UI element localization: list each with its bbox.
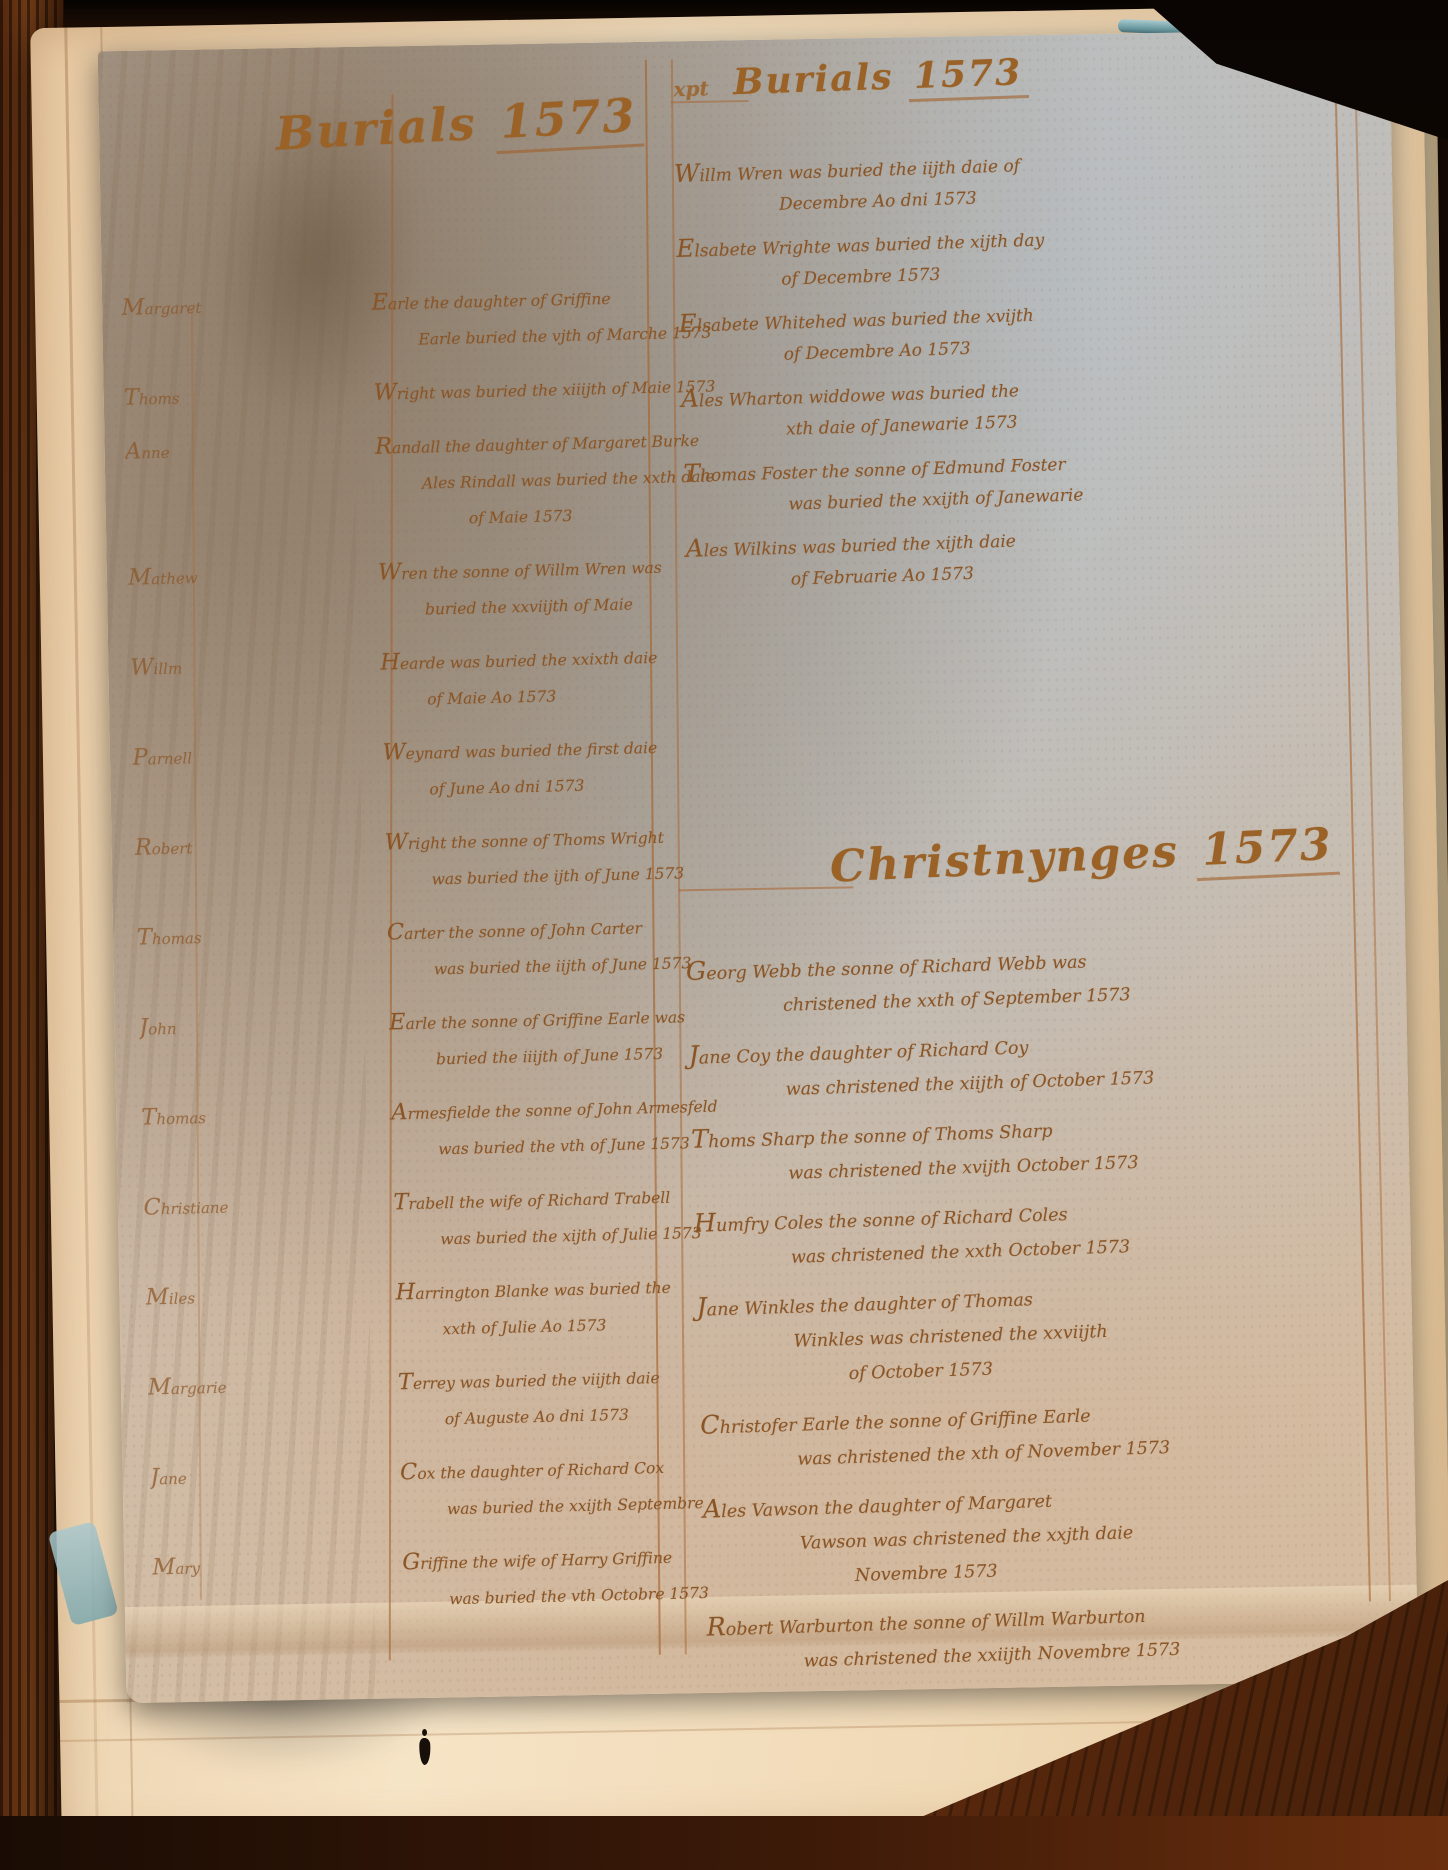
- burial-entry: Christiane Trabell the wife of Richard T…: [143, 1178, 665, 1265]
- christening-entry: Jane Winkles the daughter of Thomas Wink…: [696, 1269, 1371, 1396]
- entry-body: Harrington Blanke was buried the xxth of…: [395, 1268, 667, 1349]
- burial-entry: Thomas Foster the sonne of Edmund Foster…: [683, 437, 1357, 524]
- entry-line: Wright was buried the xiiijth of Maie 15…: [373, 368, 644, 413]
- burial-entry: John Earle the sonne of Griffine Earle w…: [139, 998, 661, 1085]
- entry-line: Hearde was buried the xxixth daie: [380, 638, 651, 683]
- entry-body: Hearde was buried the xxixth daie of Mai…: [380, 638, 652, 719]
- entry-line: of Auguste Ao dni 1573: [444, 1396, 669, 1437]
- entry-line: Terrey was buried the viijth daie: [397, 1358, 668, 1403]
- burial-entry: Thomas Carter the sonne of John Carter w…: [137, 908, 659, 995]
- burial-entry: Willm Hearde was buried the xxixth daie …: [130, 638, 652, 725]
- christenings-column: Georg Webb the sonne of Richard Webb was…: [685, 933, 1380, 1694]
- burial-entry: Margarie Terrey was buried the viijth da…: [148, 1358, 670, 1445]
- entry-line: buried the iiijth of June 1573: [436, 1036, 661, 1077]
- entry-body: Jane Winkles the daughter of Thomas Wink…: [696, 1269, 1371, 1396]
- entry-body: Armesfielde the sonne of John Armesfeld …: [391, 1088, 663, 1169]
- entry-body: Ales Wilkins was buried the xijth daie o…: [685, 512, 1359, 599]
- margin-name: Thoms: [123, 379, 359, 411]
- margin-name: Margarie: [148, 1369, 384, 1401]
- entry-body: Thoms Sharp the sonne of Thoms Sharp was…: [691, 1101, 1365, 1194]
- margin-name: John: [139, 1009, 375, 1041]
- margin-name: Parnell: [132, 739, 368, 771]
- entry-line: of Maie 1573: [468, 496, 647, 536]
- manuscript-photo-scene: Burials 1573 xpt Burials 1573 Christnyng…: [0, 0, 1448, 1870]
- margin-name: Christiane: [143, 1189, 379, 1221]
- burial-entry: Ales Wilkins was buried the xijth daie o…: [685, 512, 1359, 599]
- burials-heading-left-year: 1573: [493, 88, 644, 155]
- entry-line: Wright the sonne of Thoms Wright: [384, 818, 655, 863]
- burials-heading-right-prefix: xpt: [673, 76, 709, 101]
- entry-line: Cox the daughter of Richard Cox: [400, 1448, 671, 1493]
- entry-line: Randall the daughter of Margaret Burke: [375, 422, 646, 467]
- entry-body: Terrey was buried the viijth daie of Aug…: [397, 1358, 669, 1439]
- margin-name: Margaret: [121, 289, 357, 321]
- register-page-1573: Burials 1573 xpt Burials 1573 Christnyng…: [98, 29, 1419, 1703]
- burial-entry: Thoms Wright was buried the xiiijth of M…: [123, 368, 644, 419]
- entry-line: Griffine the wife of Harry Griffine: [402, 1538, 673, 1583]
- burial-entry: Miles Harrington Blanke was buried the x…: [145, 1268, 667, 1355]
- entry-line: Earle the sonne of Griffine Earle was: [389, 998, 660, 1043]
- christening-entry: Jane Coy the daughter of Richard Coy was…: [688, 1017, 1362, 1110]
- margin-name: Mary: [152, 1549, 388, 1581]
- entry-line: Armesfielde the sonne of John Armesfeld: [391, 1088, 662, 1133]
- entry-body: Ales Vawson the daughter of Margaret Vaw…: [702, 1471, 1377, 1598]
- entry-line: Wren the sonne of Willm Wren was: [378, 548, 649, 593]
- entry-body: Earle the daughter of Griffine Earle bur…: [371, 278, 643, 359]
- entry-line: Trabell the wife of Richard Trabell: [393, 1178, 664, 1223]
- entry-body: Griffine the wife of Harry Griffine was …: [402, 1538, 674, 1619]
- burial-entry: Mary Griffine the wife of Harry Griffine…: [152, 1538, 674, 1625]
- burial-entry: Elsabete Whitehed was buried the xvijth …: [678, 287, 1352, 374]
- entry-line: was buried the iijth of June 1573: [433, 946, 658, 987]
- entry-line: Earle the daughter of Griffine: [371, 278, 642, 323]
- entry-body: Elsabete Wrighte was buried the xijth da…: [676, 212, 1350, 299]
- entry-body: Ales Wharton widdowe was buried the xth …: [681, 362, 1355, 449]
- table-wood-bottom: [0, 1816, 1448, 1870]
- entry-body: Christofer Earle the sonne of Griffine E…: [700, 1387, 1374, 1480]
- entry-line: of June Ao dni 1573: [429, 766, 654, 807]
- burials-left-column: Margaret Earle the daughter of Griffine …: [121, 278, 674, 1640]
- christening-entry: Ales Vawson the daughter of Margaret Vaw…: [702, 1471, 1377, 1598]
- margin-name: Jane: [150, 1459, 386, 1491]
- margin-name: Thomas: [141, 1099, 377, 1131]
- entry-body: Weynard was buried the first daie of Jun…: [382, 728, 654, 809]
- entry-line: Harrington Blanke was buried the: [395, 1268, 666, 1313]
- burials-heading-right-label: Burials: [732, 56, 894, 104]
- entry-line: xxth of Julie Ao 1573: [442, 1306, 667, 1347]
- margin-name: Miles: [145, 1279, 381, 1311]
- burial-entry: Margaret Earle the daughter of Griffine …: [121, 278, 643, 365]
- christening-entry: Humfry Coles the sonne of Richard Coles …: [693, 1185, 1367, 1278]
- entry-line: Earle buried the vjth of Marche 1573: [418, 316, 643, 357]
- entry-body: Wren the sonne of Willm Wren was buried …: [378, 548, 650, 629]
- entry-line: Ales Rindall was buried the xxth daie: [422, 460, 647, 501]
- entry-body: Jane Coy the daughter of Richard Coy was…: [688, 1017, 1362, 1110]
- entry-body: Randall the daughter of Margaret Burke A…: [375, 422, 648, 539]
- burial-entry: Elsabete Wrighte was buried the xijth da…: [676, 212, 1350, 299]
- margin-name: Willm: [130, 649, 366, 681]
- entry-line: was buried the vth Octobre 1573: [449, 1576, 674, 1617]
- burial-entry: Parnell Weynard was buried the first dai…: [132, 728, 654, 815]
- entry-body: Cox the daughter of Richard Cox was buri…: [400, 1448, 672, 1529]
- burials-heading-left-label: Burials: [274, 96, 478, 160]
- christening-entry: Thoms Sharp the sonne of Thoms Sharp was…: [691, 1101, 1365, 1194]
- burial-entry: Ales Wharton widdowe was buried the xth …: [681, 362, 1355, 449]
- margin-name: Anne: [125, 433, 361, 465]
- burial-entry: Mathew Wren the sonne of Willm Wren was …: [128, 548, 650, 635]
- entry-line: was buried the xijth of Julie 1573: [440, 1216, 665, 1257]
- burial-entry: Jane Cox the daughter of Richard Cox was…: [150, 1448, 672, 1535]
- christening-entry: Christofer Earle the sonne of Griffine E…: [700, 1387, 1374, 1480]
- entry-line: buried the xxviijth of Maie: [425, 586, 650, 627]
- entry-body: Thomas Foster the sonne of Edmund Foster…: [683, 437, 1357, 524]
- burials-right-column: Willm Wren was buried the iijth daie of …: [674, 137, 1360, 608]
- entry-line: was buried the ijth of June 1573: [431, 856, 656, 897]
- entry-body: Carter the sonne of John Carter was buri…: [386, 908, 658, 989]
- entry-body: Trabell the wife of Richard Trabell was …: [393, 1178, 665, 1259]
- entry-line: of Maie Ao 1573: [427, 676, 652, 717]
- christenings-heading-year: 1573: [1195, 819, 1340, 881]
- entry-line: was buried the xxijth Septembre: [447, 1486, 672, 1527]
- entry-line: Weynard was buried the first daie: [382, 728, 653, 773]
- entry-body: Earle the sonne of Griffine Earle was bu…: [389, 998, 661, 1079]
- burials-heading-right-year: 1573: [907, 51, 1029, 102]
- burial-entry: Thomas Armesfielde the sonne of John Arm…: [141, 1088, 663, 1175]
- burial-entry: Anne Randall the daughter of Margaret Bu…: [125, 422, 648, 545]
- entry-line: Carter the sonne of John Carter: [386, 908, 657, 953]
- entry-body: Wright the sonne of Thoms Wright was bur…: [384, 818, 656, 899]
- entry-body: Humfry Coles the sonne of Richard Coles …: [693, 1185, 1367, 1278]
- entry-body: Elsabete Whitehed was buried the xvijth …: [678, 287, 1352, 374]
- margin-name: Mathew: [128, 559, 364, 591]
- entry-body: Wright was buried the xiiijth of Maie 15…: [373, 368, 644, 413]
- margin-name: Thomas: [137, 919, 373, 951]
- entry-line: was buried the vth of June 1573: [438, 1126, 663, 1167]
- burial-entry: Robert Wright the sonne of Thoms Wright …: [134, 818, 656, 905]
- binding-teal-patch: [48, 1521, 119, 1626]
- margin-name: Robert: [134, 829, 370, 861]
